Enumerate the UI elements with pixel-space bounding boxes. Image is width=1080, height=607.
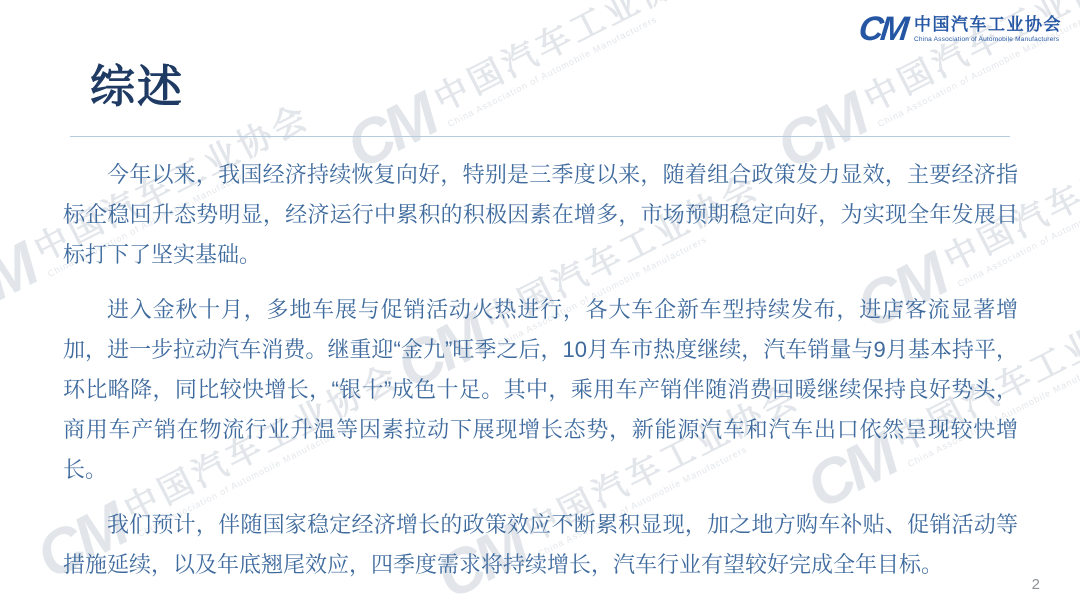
logo-name-en: China Association of Automobile Manufact… (914, 36, 1062, 43)
caam-monogram-icon: CM (857, 12, 907, 46)
slide: CM 中国汽车工业协会 China Association of Automob… (0, 0, 1080, 607)
title-divider (70, 136, 1010, 137)
logo-name-cn: 中国汽车工业协会 (914, 15, 1062, 35)
paragraph-economy: 今年以来，我国经济持续恢复向好，特别是三季度以来，随着组合政策发力显效，主要经济… (63, 155, 1018, 275)
body-text: 今年以来，我国经济持续恢复向好，特别是三季度以来，随着组合政策发力显效，主要经济… (63, 155, 1018, 600)
paragraph-october-market: 进入金秋十月，多地车展与促销活动火热进行，各大车企新车型持续发布，进店客流显著增… (63, 290, 1018, 490)
watermark-text-en: China Association of Automobile Manufact… (446, 0, 721, 129)
page-title: 综述 (90, 50, 184, 115)
paragraph-forecast: 我们预计，伴随国家稳定经济增长的政策效应不断累积显现，加之地方购车补贴、促销活动… (63, 505, 1018, 585)
caam-logo: CM 中国汽车工业协会 China Association of Automob… (859, 12, 1062, 46)
page-number: 2 (1032, 576, 1040, 593)
caam-monogram-watermark-icon: CM (0, 235, 45, 330)
watermark: CM 中国汽车工业协会 China Association of Automob… (338, 0, 725, 180)
watermark-text-cn: 中国汽车工业协会 (429, 0, 717, 120)
